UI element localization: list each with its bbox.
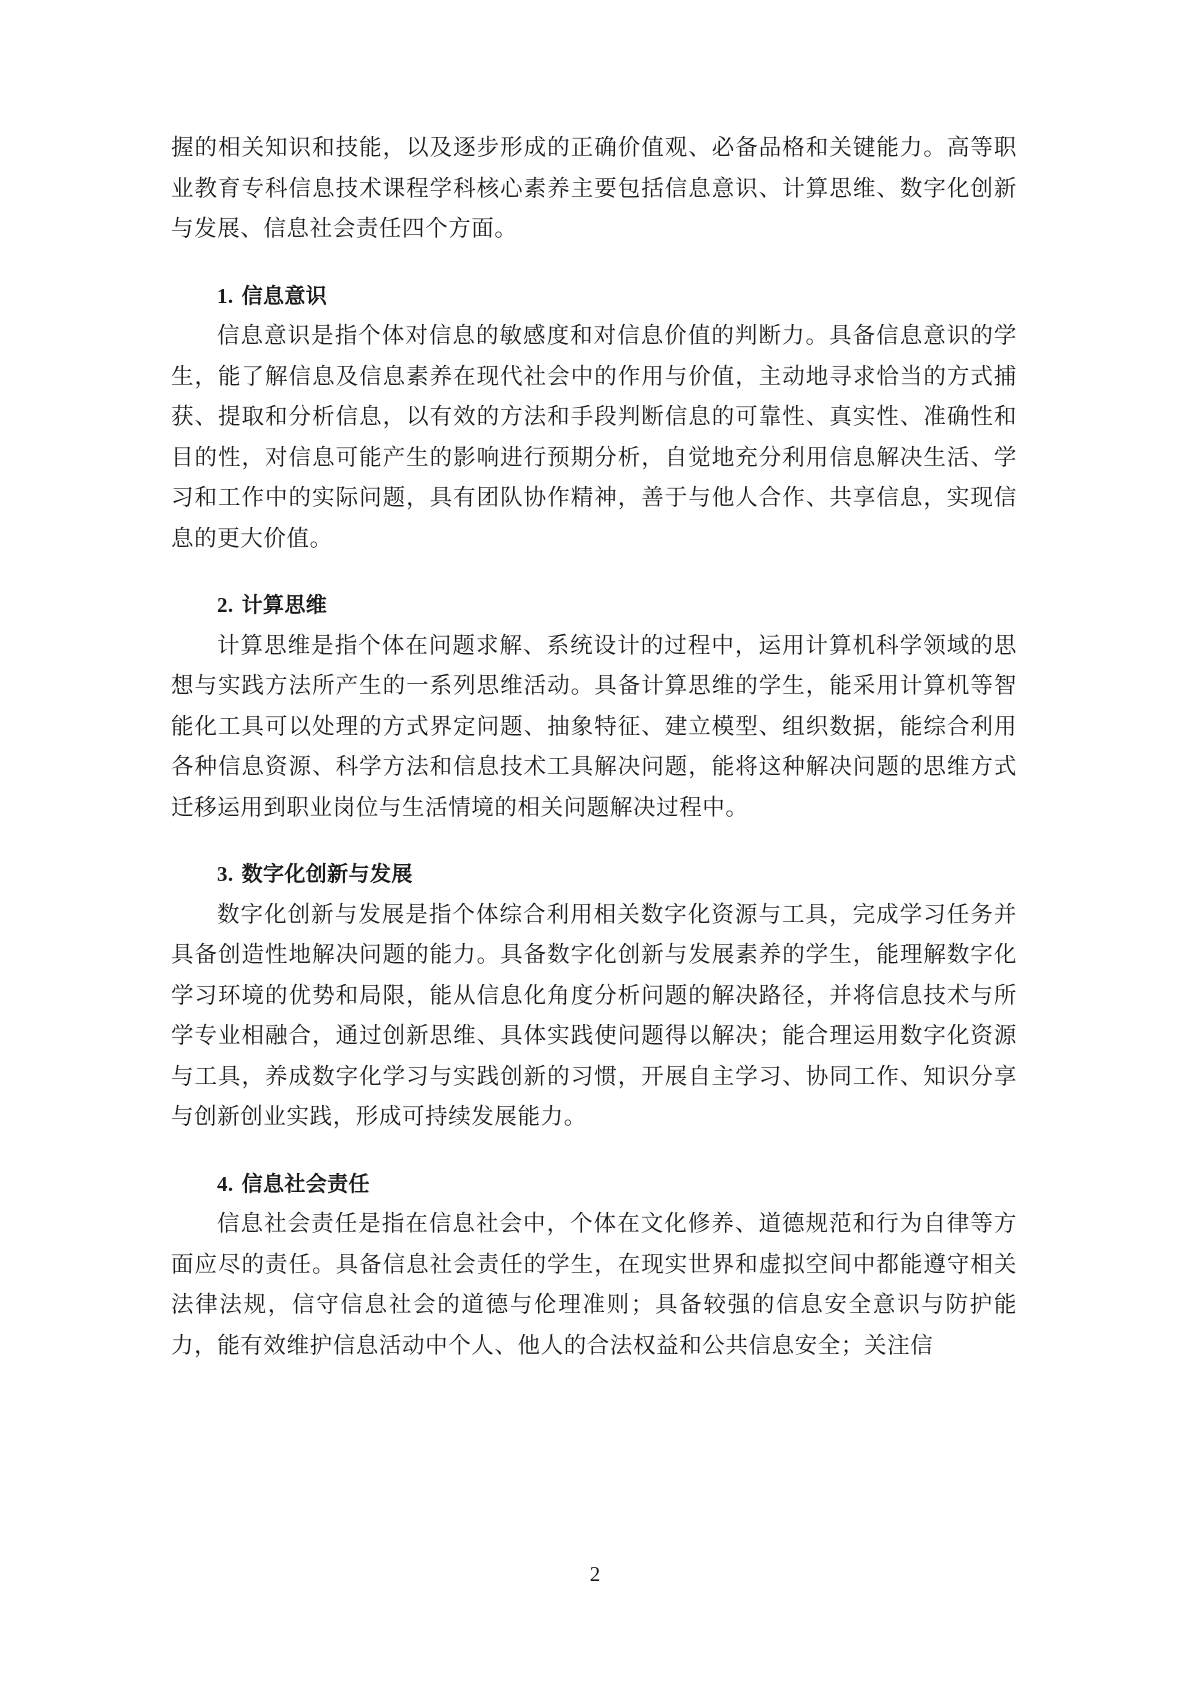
section-heading: 4.信息社会责任 (171, 1164, 1017, 1205)
spacer (171, 828, 1017, 854)
section-number: 2. (217, 593, 234, 617)
section-digital-innovation: 3.数字化创新与发展 数字化创新与发展是指个体综合利用相关数字化资源与工具，完成… (171, 854, 1017, 1138)
section-heading: 3.数字化创新与发展 (171, 854, 1017, 895)
section-information-social-responsibility: 4.信息社会责任 信息社会责任是指在信息社会中，个体在文化修养、道德规范和行为自… (171, 1164, 1017, 1367)
section-body: 计算思维是指个体在问题求解、系统设计的过程中，运用计算机科学领域的思想与实践方法… (171, 626, 1017, 829)
section-heading: 1.信息意识 (171, 276, 1017, 317)
section-title: 数字化创新与发展 (242, 862, 413, 886)
section-number: 1. (217, 284, 234, 308)
spacer (171, 250, 1017, 276)
section-heading: 2.计算思维 (171, 585, 1017, 626)
section-body: 信息社会责任是指在信息社会中，个体在文化修养、道德规范和行为自律等方面应尽的责任… (171, 1204, 1017, 1366)
section-title: 信息社会责任 (242, 1172, 370, 1196)
section-number: 4. (217, 1172, 234, 1196)
section-body: 信息意识是指个体对信息的敏感度和对信息价值的判断力。具备信息意识的学生，能了解信… (171, 316, 1017, 559)
section-title: 信息意识 (242, 284, 328, 308)
document-page: 握的相关知识和技能，以及逐步形成的正确价值观、必备品格和关键能力。高等职业教育专… (171, 128, 1017, 1366)
intro-paragraph: 握的相关知识和技能，以及逐步形成的正确价值观、必备品格和关键能力。高等职业教育专… (171, 128, 1017, 250)
spacer (171, 1138, 1017, 1164)
section-body: 数字化创新与发展是指个体综合利用相关数字化资源与工具，完成学习任务并具备创造性地… (171, 895, 1017, 1138)
section-computational-thinking: 2.计算思维 计算思维是指个体在问题求解、系统设计的过程中，运用计算机科学领域的… (171, 585, 1017, 828)
spacer (171, 559, 1017, 585)
section-number: 3. (217, 862, 234, 886)
section-title: 计算思维 (242, 593, 328, 617)
section-information-awareness: 1.信息意识 信息意识是指个体对信息的敏感度和对信息价值的判断力。具备信息意识的… (171, 276, 1017, 560)
page-number: 2 (0, 1562, 1190, 1587)
